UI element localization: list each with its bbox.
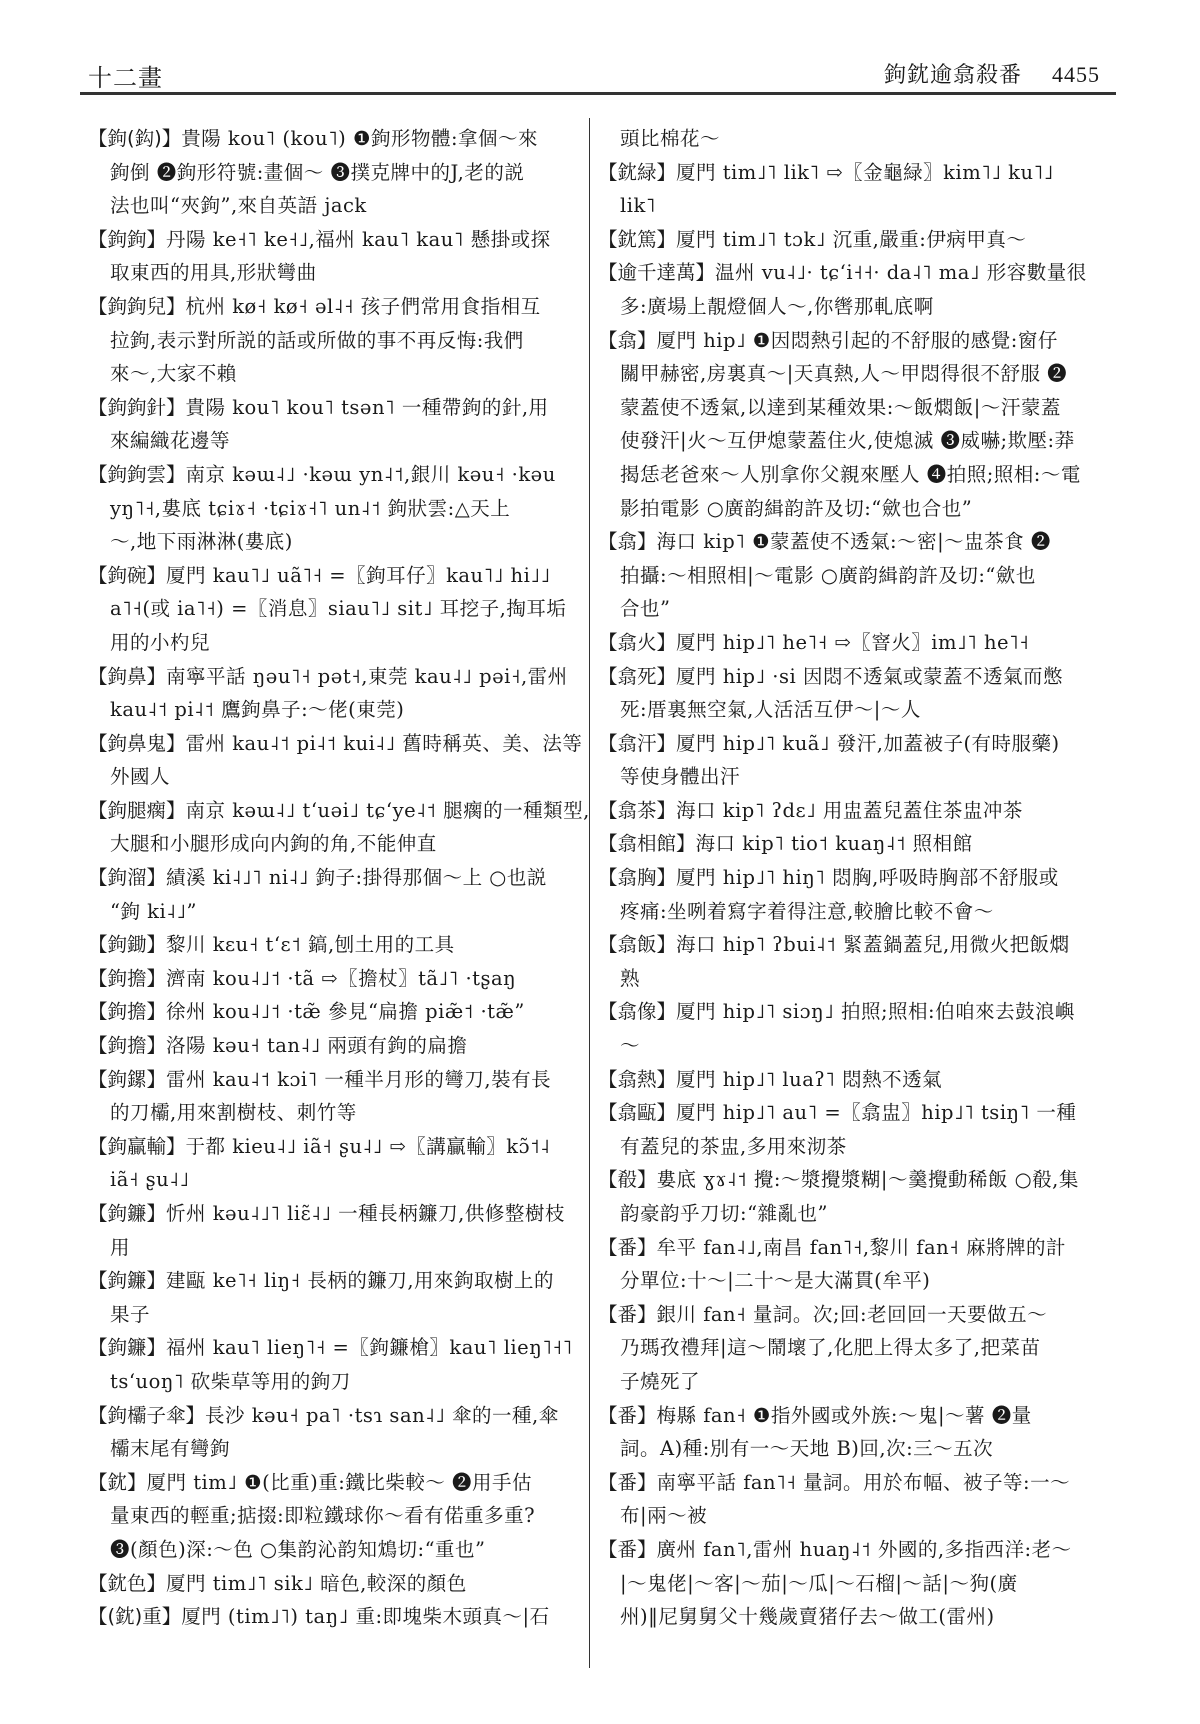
section-label: 十二畫	[88, 58, 163, 93]
entry-continuation-line: 疼痛:坐咧着寫字着得注意,較膾比較不會～	[598, 895, 1098, 929]
dictionary-entry-line: 【翕甌】厦門 hip˩˥ au˥ =〖翕盅〗hip˩˥ tsiŋ˥ 一種	[598, 1096, 1098, 1130]
entry-text: 影拍電影 ○廣韵緝韵許及切:“歛也合也”	[620, 497, 972, 520]
dictionary-entry-line: 【鉤鉤雲】南京 kəɯ˨˩ ·kəɯ yn˨˦,銀川 kəu˧ ·kəu	[88, 458, 588, 492]
entry-continuation-line: 拍攝:～相照相|～電影 ○廣韵緝韵許及切:“歛也	[598, 559, 1098, 593]
entry-text: 量東西的輕重;掂掇:即粒鐵球你～看有偌重多重?	[110, 1504, 535, 1527]
entry-continuation-line: 死:厝裏無空氣,人活活互伊～|～人	[598, 693, 1098, 727]
entry-continuation-line: 大腿和小腿形成向内鉤的角,不能伸直	[88, 827, 588, 861]
entry-text: 外國人	[110, 765, 170, 788]
entry-headword: 【番】	[598, 1303, 657, 1326]
entry-text: 厦門 hip˩˥ siɔŋ˩ 拍照;照相:伯咱來去鼓浪嶼	[676, 1000, 1075, 1023]
entry-headword: 【鈂篤】	[598, 228, 676, 251]
dictionary-entry-line: 【逾千達萬】温州 vu˨˩· tɕʻi˧˧· da˨˥ ma˩ 形容數量很	[598, 256, 1098, 290]
dictionary-entry-line: 【殽】婁底 ɣɤ˨˦ 攪:～漿攪漿糊|～羹攪動稀飯 ○殽,集	[598, 1163, 1098, 1197]
entry-headword: 【鉤鋤】	[88, 933, 166, 956]
entry-headword: 【鉤欛子傘】	[88, 1404, 205, 1427]
dictionary-entry-line: 【番】南寧平話 fan˥˧ 量詞。用於布幅、被子等:一～	[598, 1466, 1098, 1500]
entry-text: 分單位:十～|二十～是大滿貫(牟平)	[620, 1269, 930, 1292]
dictionary-entry-line: 【鉤鼻鬼】雷州 kau˨˦ pi˨˦ kui˨˩ 舊時稱英、美、法等	[88, 727, 588, 761]
entry-headword: 【鉤鼻】	[88, 665, 166, 688]
dictionary-entry-line: 【翕】厦門 hip˩ ❶因悶熱引起的不舒服的感覺:窗仔	[598, 324, 1098, 358]
entry-headword: 【翕火】	[598, 631, 676, 654]
entry-headword: 【翕飯】	[598, 933, 676, 956]
right-column: 頭比棉花～【鈂緑】厦門 tim˩˥ lik˥ ⇨〖金龜緑〗kim˥˩ ku˥˩l…	[598, 122, 1098, 1634]
entry-text: 厦門 tim˩˥ lik˥ ⇨〖金龜緑〗kim˥˩ ku˥˩	[676, 161, 1054, 184]
entry-text: 欛末尾有彎鉤	[110, 1437, 230, 1460]
entry-text: 厦門 tim˩˥ sik˩ 暗色,較深的顏色	[166, 1572, 467, 1595]
column-divider	[589, 118, 590, 1668]
entry-text: yŋ˥˧,婁底 tɕiɤ˧ ·tɕiɤ˧˥ un˨˦ 鉤狀雲:△天上	[110, 497, 510, 520]
entry-text: 多:廣場上靚燈個人～,你辔那軋底啊	[620, 295, 934, 318]
entry-text: 雷州 kau˨˦ kɔi˥ 一種半月形的彎刀,裝有長	[166, 1068, 551, 1091]
entry-headword: 【鈂緑】	[598, 161, 676, 184]
dictionary-entry-line: 【番】銀川 fan˧ 量詞。次;回:老回回一天要做五～	[598, 1298, 1098, 1332]
entry-continuation-line: a˥˧(或 ia˥˧) =〖消息〗siau˥˩ sit˩ 耳挖子,掏耳垢	[88, 592, 588, 626]
entry-headword: 【鉤鼻鬼】	[88, 732, 186, 755]
dictionary-entry-line: 【鉤鏍】雷州 kau˨˦ kɔi˥ 一種半月形的彎刀,裝有長	[88, 1063, 588, 1097]
entry-text: 貴陽 kou˥ (kou˥) ❶鉤形物體:拿個～來	[181, 127, 538, 150]
dictionary-entry-line: 【鈂色】厦門 tim˩˥ sik˩ 暗色,較深的顏色	[88, 1567, 588, 1601]
entry-headword: 【鉤(鈎)】	[88, 127, 181, 150]
entry-text: 于都 kieu˨˩ iã˧ ʂu˨˩ ⇨〖講贏輸〗kɔ̃˦˨	[186, 1135, 551, 1158]
entry-headword: 【番】	[598, 1236, 657, 1259]
dictionary-entry-line: 【翕胸】厦門 hip˩˥ hiŋ˥ 悶胸,呼吸時胸部不舒服或	[598, 861, 1098, 895]
entry-continuation-line: ～,地下雨淋淋(婁底)	[88, 525, 588, 559]
entry-continuation-line: 來～,大家不賴	[88, 357, 588, 391]
entry-text: 厦門 kau˥˩ uã˥˧ =〖鉤耳仔〗kau˥˩ hi˩˩	[166, 564, 551, 587]
entry-text: 厦門 hip˩˥ au˥ =〖翕盅〗hip˩˥ tsiŋ˥ 一種	[676, 1101, 1076, 1124]
dictionary-entry-line: 【鉤(鈎)】貴陽 kou˥ (kou˥) ❶鉤形物體:拿個～來	[88, 122, 588, 156]
entry-headword: 【番】	[598, 1471, 657, 1494]
entry-headword: 【鈂】	[88, 1471, 147, 1494]
entry-text: 關甲赫密,房裏真～|天真熱,人～甲悶得很不舒服 ❷	[620, 362, 1067, 385]
entry-text: 績溪 ki˨˩˥ ni˨˩ 鉤子:掛得那個～上 ○也説	[166, 866, 547, 889]
entry-text: 有蓋兒的茶盅,多用來沏茶	[620, 1135, 847, 1158]
entry-continuation-line: 子燒死了	[598, 1365, 1098, 1399]
entry-text: 取東西的用具,形狀彎曲	[110, 261, 317, 284]
entry-text: 等使身體出汗	[620, 765, 740, 788]
entry-headword: 【鉤擔】	[88, 1000, 166, 1023]
entry-headword: 【鉤鉤】	[88, 228, 166, 251]
entry-text: 揭恁老爸來～人別拿你父親來壓人 ❹拍照;照相:～電	[620, 463, 1081, 486]
entry-headword: 【翕像】	[598, 1000, 676, 1023]
entry-continuation-line: 果子	[88, 1298, 588, 1332]
entry-headword: 【鉤鐮】	[88, 1269, 166, 1292]
entry-headword: 【翕熱】	[598, 1068, 676, 1091]
entry-continuation-line: 布|兩～被	[598, 1499, 1098, 1533]
entry-continuation-line: ～	[598, 1029, 1098, 1063]
entry-text: 廣州 fan˥,雷州 huaŋ˨˦ 外國的,多指西洋:老～	[657, 1538, 1072, 1561]
entry-continuation-line: iã˧ ʂu˨˩	[88, 1163, 588, 1197]
entry-text: 蒙蓋使不透氣,以達到某種效果:～飯燜飯|～汗蒙蓋	[620, 396, 1061, 419]
entry-headword: 【翕汗】	[598, 732, 676, 755]
entry-continuation-line: 有蓋兒的茶盅,多用來沏茶	[598, 1130, 1098, 1164]
entry-text: 厦門 hip˩ ❶因悶熱引起的不舒服的感覺:窗仔	[657, 329, 1058, 352]
entry-headword: 【鉤腿瘸】	[88, 799, 186, 822]
entry-headword: 【翕死】	[598, 665, 676, 688]
entry-text: 大腿和小腿形成向内鉤的角,不能伸直	[110, 832, 437, 855]
entry-text: 厦門 hip˩ ·si 因悶不透氣或蒙蓋不透氣而憋	[676, 665, 1063, 688]
left-column: 【鉤(鈎)】貴陽 kou˥ (kou˥) ❶鉤形物體:拿個～來鉤倒 ❷鉤形符號:…	[88, 122, 588, 1634]
entry-text: 疼痛:坐咧着寫字着得注意,較膾比較不會～	[620, 900, 994, 923]
entry-continuation-line: 詞。A)種:別有一～天地 B)回,次:三～五次	[598, 1432, 1098, 1466]
entry-text: 死:厝裏無空氣,人活活互伊～|～人	[620, 698, 921, 721]
entry-continuation-line: 關甲赫密,房裏真～|天真熱,人～甲悶得很不舒服 ❷	[598, 357, 1098, 391]
entry-text: 婁底 ɣɤ˨˦ 攪:～漿攪漿糊|～羹攪動稀飯 ○殽,集	[657, 1168, 1079, 1191]
dictionary-entry-line: 【鉤贏輸】于都 kieu˨˩ iã˧ ʂu˨˩ ⇨〖講贏輸〗kɔ̃˦˨	[88, 1130, 588, 1164]
entry-text: 頭比棉花～	[620, 127, 720, 150]
entry-text: 厦門 tim˩ ❶(比重)重:鐵比柴較～ ❷用手估	[147, 1471, 533, 1494]
dictionary-entry-line: 【翕飯】海口 hip˥ ʔbui˨˦ 緊蓋鍋蓋兒,用微火把飯燜	[598, 928, 1098, 962]
entry-text: 子燒死了	[620, 1370, 700, 1393]
entry-continuation-line: 量東西的輕重;掂掇:即粒鐵球你～看有偌重多重?	[88, 1499, 588, 1533]
entry-continuation-line: “鉤 ki˨˩”	[88, 895, 588, 929]
entry-text: lik˥	[620, 194, 656, 217]
entry-continuation-line: 使發汗|火～互伊熄蒙蓋住火,使熄滅 ❸威嚇;欺壓:莽	[598, 424, 1098, 458]
dictionary-entry-line: 【鉤擔】洛陽 kəu˧ tan˨˩ 兩頭有鉤的扁擔	[88, 1029, 588, 1063]
entry-headword: 【鉤鉤兒】	[88, 295, 186, 318]
entry-continuation-line: 乃瑪孜禮拜|這～鬧壞了,化肥上得太多了,把菜苗	[598, 1331, 1098, 1365]
entry-headword: 【鈂色】	[88, 1572, 166, 1595]
entry-headword: 【番】	[598, 1538, 657, 1561]
entry-headword: 【翕】	[598, 530, 657, 553]
entry-text: 厦門 hip˩˥ he˥˧ ⇨〖窨火〗im˩˥ he˥˧	[676, 631, 1029, 654]
dictionary-entry-line: 【番】梅縣 fan˧ ❶指外國或外族:～鬼|～薯 ❷量	[598, 1399, 1098, 1433]
dictionary-entry-line: 【翕相館】海口 kip˥ tio˦ kuaŋ˨˦ 照相館	[598, 827, 1098, 861]
entry-headword: 【鉤贏輸】	[88, 1135, 186, 1158]
entry-text: ～	[620, 1034, 640, 1057]
entry-text: 南寧平話 ŋəu˥˧ pət˧,東莞 kau˨˩ pəi˧,雷州	[166, 665, 568, 688]
entry-text: 貴陽 kou˥ kou˥ tsən˥ 一種帶鉤的針,用	[186, 396, 549, 419]
dictionary-entry-line: 【鉤擔】濟南 kou˨˩˦ ·tã ⇨〖擔杖〗tã˩˥ ·tʂaŋ	[88, 962, 588, 996]
entry-text: iã˧ ʂu˨˩	[110, 1168, 189, 1191]
dictionary-entry-line: 【鉤鋤】黎川 kɛu˧ tʻɛ˦ 鎬,刨土用的工具	[88, 928, 588, 962]
entry-continuation-line: 合也”	[598, 592, 1098, 626]
entry-text: 海口 kip˥ tio˦ kuaŋ˨˦ 照相館	[696, 832, 973, 855]
entry-text: 拍攝:～相照相|～電影 ○廣韵緝韵許及切:“歛也	[620, 564, 1036, 587]
entry-text: 來～,大家不賴	[110, 362, 237, 385]
dictionary-entry-line: 【番】牟平 fan˨˩,南昌 fan˥˧,黎川 fan˧ 麻將牌的計	[598, 1231, 1098, 1265]
entry-continuation-line: 鉤倒 ❷鉤形符號:畫個～ ❸撲克牌中的J,老的説	[88, 156, 588, 190]
entry-continuation-line: 分單位:十～|二十～是大滿貫(牟平)	[598, 1264, 1098, 1298]
entry-text: 海口 kip˥ ʔdɛ˩ 用盅蓋兒蓋住茶盅冲茶	[676, 799, 1023, 822]
dictionary-entry-line: 【鉤鼻】南寧平話 ŋəu˥˧ pət˧,東莞 kau˨˩ pəi˧,雷州	[88, 660, 588, 694]
entry-text: 厦門 hip˩˥ luaʔ˥ 悶熱不透氣	[676, 1068, 942, 1091]
dictionary-entry-line: 【翕茶】海口 kip˥ ʔdɛ˩ 用盅蓋兒蓋住茶盅冲茶	[598, 794, 1098, 828]
entry-text: tsʻuoŋ˥ 砍柴草等用的鉤刀	[110, 1370, 351, 1393]
entry-headword: 【鉤擔】	[88, 967, 166, 990]
dictionary-entry-line: 【翕】海口 kip˥ ❶蒙蓋使不透氣:～密|～盅茶食 ❷	[598, 525, 1098, 559]
entry-continuation-line: 熟	[598, 962, 1098, 996]
entry-continuation-line: yŋ˥˧,婁底 tɕiɤ˧ ·tɕiɤ˧˥ un˨˦ 鉤狀雲:△天上	[88, 492, 588, 526]
entry-text: 來編織花邊等	[110, 429, 230, 452]
entry-continuation-line: 來編織花邊等	[88, 424, 588, 458]
entry-text: 州)‖尼舅舅父十幾歲賣猪仔去～做工(雷州)	[620, 1605, 995, 1628]
entry-headword: 【鉤溜】	[88, 866, 166, 889]
entry-text: kau˨˦ pi˨˦ 鷹鉤鼻子:～佬(東莞)	[110, 698, 404, 721]
entry-text: ❸(顏色)深:～色 ○集韵沁韵知鴆切:“重也”	[110, 1538, 486, 1561]
entry-continuation-line: 拉鉤,表示對所説的話或所做的事不再反悔:我們	[88, 324, 588, 358]
dictionary-entry-line: 【鉤溜】績溪 ki˨˩˥ ni˨˩ 鉤子:掛得那個～上 ○也説	[88, 861, 588, 895]
entry-text: |～鬼佬|～客|～茄|～瓜|～石榴|～話|～狗(廣	[620, 1572, 1018, 1595]
entry-continuation-line: 蒙蓋使不透氣,以達到某種效果:～飯燜飯|～汗蒙蓋	[598, 391, 1098, 425]
entry-text: 杭州 kø˧ kø˧ əl˨˧ 孩子們常用食指相互	[186, 295, 541, 318]
entry-continuation-line: 等使身體出汗	[598, 760, 1098, 794]
entry-text: 建甌 ke˥˧ liŋ˧ 長柄的鐮刀,用來鉤取樹上的	[166, 1269, 554, 1292]
entry-headword: 【鉤鉤針】	[88, 396, 186, 419]
entry-text: 丹陽 ke˧˥ ke˧˩,福州 kau˥ kau˥ 懸掛或探	[166, 228, 551, 251]
dictionary-entry-line: 【翕熱】厦門 hip˩˥ luaʔ˥ 悶熱不透氣	[598, 1063, 1098, 1097]
entry-continuation-line: 韵豪韵乎刀切:“雜亂也”	[598, 1197, 1098, 1231]
entry-headword: 【翕相館】	[598, 832, 696, 855]
entry-text: 忻州 kəu˨˩˥ liɛ̃˨˩ 一種長柄鐮刀,供修整樹枝	[166, 1202, 565, 1225]
entry-headword: 【番】	[598, 1404, 657, 1427]
entry-headword: 【鉤碗】	[88, 564, 166, 587]
entry-text: 厦門 hip˩˥ kuã˩ 發汗,加蓋被子(有時服藥)	[676, 732, 1060, 755]
dictionary-entry-line: 【鉤鐮】建甌 ke˥˧ liŋ˧ 長柄的鐮刀,用來鉤取樹上的	[88, 1264, 588, 1298]
entry-continuation-line: 頭比棉花～	[598, 122, 1098, 156]
entry-text: 海口 hip˥ ʔbui˨˦ 緊蓋鍋蓋兒,用微火把飯燜	[676, 933, 1070, 956]
entry-text: 厦門 (tim˩˥) taŋ˩ 重:即塊柴木頭真～|石	[181, 1605, 549, 1628]
entry-text: 布|兩～被	[620, 1504, 707, 1527]
entry-text: ～,地下雨淋淋(婁底)	[110, 530, 293, 553]
entry-text: 熟	[620, 967, 640, 990]
entry-headword: 【鉤鐮】	[88, 1336, 166, 1359]
dictionary-entry-line: 【鉤鉤兒】杭州 kø˧ kø˧ əl˨˧ 孩子們常用食指相互	[88, 290, 588, 324]
entry-continuation-line: 多:廣場上靚燈個人～,你辔那軋底啊	[598, 290, 1098, 324]
entry-text: 用	[110, 1236, 130, 1259]
entry-text: 濟南 kou˨˩˦ ·tã ⇨〖擔杖〗tã˩˥ ·tʂaŋ	[166, 967, 516, 990]
entry-headword: 【翕甌】	[598, 1101, 676, 1124]
entry-text: 南京 kəɯ˨˩ ·kəɯ yn˨˦,銀川 kəu˧ ·kəu	[186, 463, 556, 486]
entry-continuation-line: lik˥	[598, 189, 1098, 223]
entry-text: “鉤 ki˨˩”	[110, 900, 197, 923]
entry-headword: 【翕胸】	[598, 866, 676, 889]
dictionary-entry-line: 【翕死】厦門 hip˩ ·si 因悶不透氣或蒙蓋不透氣而憋	[598, 660, 1098, 694]
entry-text: 使發汗|火～互伊熄蒙蓋住火,使熄滅 ❸威嚇;欺壓:莽	[620, 429, 1075, 452]
dictionary-entry-line: 【鉤腿瘸】南京 kəɯ˨˩ tʻuəi˩ tɕʻye˨˦ 腿瘸的一種類型,	[88, 794, 588, 828]
entry-headword: 【鉤鏍】	[88, 1068, 166, 1091]
dictionary-entry-line: 【鈂緑】厦門 tim˩˥ lik˥ ⇨〖金龜緑〗kim˥˩ ku˥˩	[598, 156, 1098, 190]
entry-text: a˥˧(或 ia˥˧) =〖消息〗siau˥˩ sit˩ 耳挖子,掏耳垢	[110, 597, 566, 620]
entry-continuation-line: tsʻuoŋ˥ 砍柴草等用的鉤刀	[88, 1365, 588, 1399]
entry-text: 詞。A)種:別有一～天地 B)回,次:三～五次	[620, 1437, 993, 1460]
entry-continuation-line: 影拍電影 ○廣韵緝韵許及切:“歛也合也”	[598, 492, 1098, 526]
entry-continuation-line: 欛末尾有彎鉤	[88, 1432, 588, 1466]
page-header: 十二畫 鉤鈂逾翕殺番 4455	[88, 52, 1100, 92]
entry-continuation-line: 用的小杓兒	[88, 626, 588, 660]
dictionary-entry-line: 【鉤鐮】福州 kau˥ lieŋ˥˧ =〖鉤鐮槍〗kau˥ lieŋ˥˧˥	[88, 1331, 588, 1365]
entry-text: 南寧平話 fan˥˧ 量詞。用於布幅、被子等:一～	[657, 1471, 1071, 1494]
entry-text: 雷州 kau˨˦ pi˨˦ kui˨˩ 舊時稱英、美、法等	[186, 732, 583, 755]
dictionary-entry-line: 【鉤鉤針】貴陽 kou˥ kou˥ tsən˥ 一種帶鉤的針,用	[88, 391, 588, 425]
dictionary-entry-line: 【番】廣州 fan˥,雷州 huaŋ˨˦ 外國的,多指西洋:老～	[598, 1533, 1098, 1567]
dictionary-entry-line: 【鉤擔】徐州 kou˨˩˦ ·tæ̃ 參見“扁擔 piæ̃˦ ·tæ̃”	[88, 995, 588, 1029]
entry-text: 長沙 kəu˧ pa˥ ·tsɿ san˨˩ 傘的一種,傘	[205, 1404, 559, 1427]
entry-continuation-line: 的刀欛,用來割樹枝、刺竹等	[88, 1096, 588, 1130]
page-number: 4455	[1052, 62, 1100, 87]
entry-text: 厦門 hip˩˥ hiŋ˥ 悶胸,呼吸時胸部不舒服或	[676, 866, 1059, 889]
entry-continuation-line: 州)‖尼舅舅父十幾歲賣猪仔去～做工(雷州)	[598, 1600, 1098, 1634]
entry-text: 鉤倒 ❷鉤形符號:畫個～ ❸撲克牌中的J,老的説	[110, 161, 524, 184]
entry-text: 厦門 tim˩˥ tɔk˩ 沉重,嚴重:伊病甲真～	[676, 228, 1026, 251]
entry-text: 福州 kau˥ lieŋ˥˧ =〖鉤鐮槍〗kau˥ lieŋ˥˧˥	[166, 1336, 573, 1359]
entry-headword: 【翕】	[598, 329, 657, 352]
entry-headword: 【鉤鉤雲】	[88, 463, 186, 486]
header-rule	[80, 92, 1116, 95]
entry-text: 黎川 kɛu˧ tʻɛ˦ 鎬,刨土用的工具	[166, 933, 455, 956]
entry-continuation-line: 外國人	[88, 760, 588, 794]
dictionary-entry-line: 【翕火】厦門 hip˩˥ he˥˧ ⇨〖窨火〗im˩˥ he˥˧	[598, 626, 1098, 660]
entry-continuation-line: 取東西的用具,形狀彎曲	[88, 256, 588, 290]
dictionary-entry-line: 【鉤鐮】忻州 kəu˨˩˥ liɛ̃˨˩ 一種長柄鐮刀,供修整樹枝	[88, 1197, 588, 1231]
entry-headword: 【鉤鐮】	[88, 1202, 166, 1225]
entry-headword: 【翕茶】	[598, 799, 676, 822]
entry-continuation-line: ❸(顏色)深:～色 ○集韵沁韵知鴆切:“重也”	[88, 1533, 588, 1567]
entry-text: 南京 kəɯ˨˩ tʻuəi˩ tɕʻye˨˦ 腿瘸的一種類型,	[186, 799, 590, 822]
entry-text: 合也”	[620, 597, 670, 620]
entry-text: 温州 vu˨˩· tɕʻi˧˧· da˨˥ ma˩ 形容數量很	[715, 261, 1087, 284]
running-head: 鉤鈂逾翕殺番 4455	[884, 58, 1100, 89]
entry-headword: 【逾千達萬】	[598, 261, 715, 284]
entry-continuation-line: 揭恁老爸來～人別拿你父親來壓人 ❹拍照;照相:～電	[598, 458, 1098, 492]
entry-text: 用的小杓兒	[110, 631, 210, 654]
dictionary-entry-line: 【翕汗】厦門 hip˩˥ kuã˩ 發汗,加蓋被子(有時服藥)	[598, 727, 1098, 761]
dictionary-entry-line: 【鈂篤】厦門 tim˩˥ tɔk˩ 沉重,嚴重:伊病甲真～	[598, 223, 1098, 257]
entry-text: 牟平 fan˨˩,南昌 fan˥˧,黎川 fan˧ 麻將牌的計	[657, 1236, 1066, 1259]
dictionary-entry-line: 【鉤欛子傘】長沙 kəu˧ pa˥ ·tsɿ san˨˩ 傘的一種,傘	[88, 1399, 588, 1433]
entry-headword: 【(鈂)重】	[88, 1605, 181, 1628]
entry-text: 果子	[110, 1303, 150, 1326]
dictionary-entry-line: 【翕像】厦門 hip˩˥ siɔŋ˩ 拍照;照相:伯咱來去鼓浪嶼	[598, 995, 1098, 1029]
entry-continuation-line: kau˨˦ pi˨˦ 鷹鉤鼻子:～佬(東莞)	[88, 693, 588, 727]
entry-text: 法也叫“夾鉤”,來自英語 jack	[110, 194, 367, 217]
entry-text: 的刀欛,用來割樹枝、刺竹等	[110, 1101, 357, 1124]
entry-text: 韵豪韵乎刀切:“雜亂也”	[620, 1202, 828, 1225]
entry-text: 乃瑪孜禮拜|這～鬧壞了,化肥上得太多了,把菜苗	[620, 1336, 1040, 1359]
dictionary-entry-line: 【鉤碗】厦門 kau˥˩ uã˥˧ =〖鉤耳仔〗kau˥˩ hi˩˩	[88, 559, 588, 593]
entry-continuation-line: |～鬼佬|～客|～茄|～瓜|～石榴|～話|～狗(廣	[598, 1567, 1098, 1601]
entry-continuation-line: 用	[88, 1231, 588, 1265]
entry-text: 徐州 kou˨˩˦ ·tæ̃ 參見“扁擔 piæ̃˦ ·tæ̃”	[166, 1000, 525, 1023]
entry-text: 洛陽 kəu˧ tan˨˩ 兩頭有鉤的扁擔	[166, 1034, 467, 1057]
entry-headword: 【殽】	[598, 1168, 657, 1191]
entry-text: 拉鉤,表示對所説的話或所做的事不再反悔:我們	[110, 329, 524, 352]
dictionary-entry-line: 【(鈂)重】厦門 (tim˩˥) taŋ˩ 重:即塊柴木頭真～|石	[88, 1600, 588, 1634]
entry-continuation-line: 法也叫“夾鉤”,來自英語 jack	[88, 189, 588, 223]
entry-text: 海口 kip˥ ❶蒙蓋使不透氣:～密|～盅茶食 ❷	[657, 530, 1051, 553]
entry-headword: 【鉤擔】	[88, 1034, 166, 1057]
dictionary-entry-line: 【鉤鉤】丹陽 ke˧˥ ke˧˩,福州 kau˥ kau˥ 懸掛或探	[88, 223, 588, 257]
entry-text: 銀川 fan˧ 量詞。次;回:老回回一天要做五～	[657, 1303, 1048, 1326]
dictionary-entry-line: 【鈂】厦門 tim˩ ❶(比重)重:鐵比柴較～ ❷用手估	[88, 1466, 588, 1500]
index-characters: 鉤鈂逾翕殺番	[884, 63, 1022, 88]
entry-text: 梅縣 fan˧ ❶指外國或外族:～鬼|～薯 ❷量	[657, 1404, 1032, 1427]
